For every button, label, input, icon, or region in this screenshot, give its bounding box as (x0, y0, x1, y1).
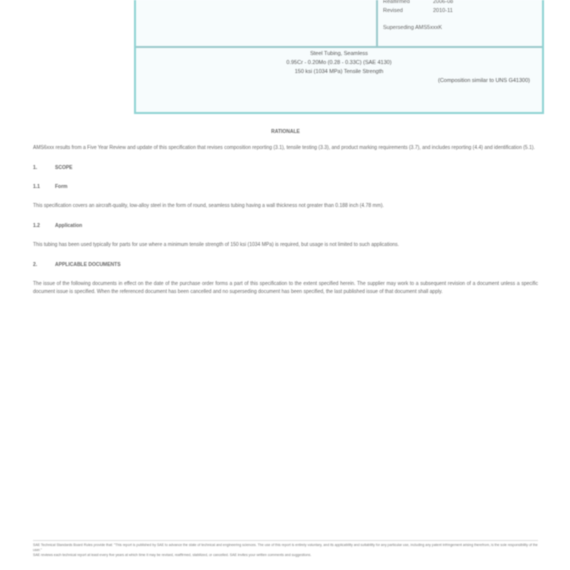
rationale-text: AMS6xxx results from a Five Year Review … (33, 144, 538, 152)
section-number: 1. (33, 164, 41, 172)
title-line: (Composition similar to UNS G41300) (136, 77, 542, 86)
revision-meta: Reaffirmed 2006-08 Revised 2010-11 Super… (383, 0, 453, 33)
footer-line: SAE reviews each technical report at lea… (33, 553, 538, 558)
footer-line: SAE Technical Standards Board Rules prov… (33, 543, 538, 553)
section-number: 2. (33, 261, 41, 269)
section-title: SCOPE (55, 164, 73, 172)
section-heading: 1. SCOPE (33, 164, 538, 172)
section-heading: 1.1 Form (33, 183, 538, 191)
title-line: 0.95Cr - 0.20Mo (0.28 - 0.33C) (SAE 4130… (136, 59, 542, 68)
section-title: Application (55, 222, 82, 230)
section-number: 1.1 (33, 183, 41, 191)
meta-row-reaffirmed: Reaffirmed 2006-08 (383, 0, 453, 7)
superseding-note: Superseding AMS5xxxK (383, 24, 453, 33)
meta-label: Revised (383, 7, 423, 16)
meta-value: 2006-08 (433, 0, 453, 7)
document-body: RATIONALE AMS6xxx results from a Five Ye… (33, 128, 538, 308)
header-top-band (136, 0, 542, 48)
section-text: The issue of the following documents in … (33, 280, 538, 296)
meta-row-revised: Revised 2010-11 (383, 7, 453, 16)
legal-footer: SAE Technical Standards Board Rules prov… (33, 540, 538, 558)
section-title: APPLICABLE DOCUMENTS (55, 261, 121, 269)
section-text: This specification covers an aircraft-qu… (33, 202, 538, 210)
title-line: Steel Tubing, Seamless (136, 50, 542, 59)
section-title: Form (55, 183, 68, 191)
rationale-heading: RATIONALE (33, 128, 538, 136)
section-number: 1.2 (33, 222, 41, 230)
title-line: 150 ksi (1034 MPa) Tensile Strength (136, 68, 542, 77)
section-heading: 2. APPLICABLE DOCUMENTS (33, 261, 538, 269)
meta-value: 2010-11 (433, 7, 453, 16)
section-text: This tubing has been used typically for … (33, 241, 538, 249)
header-divider (376, 0, 378, 48)
section-heading: 1.2 Application (33, 222, 538, 230)
document-header-frame: Reaffirmed 2006-08 Revised 2010-11 Super… (134, 0, 544, 114)
document-title: Steel Tubing, Seamless 0.95Cr - 0.20Mo (… (136, 50, 542, 86)
meta-label: Reaffirmed (383, 0, 423, 7)
